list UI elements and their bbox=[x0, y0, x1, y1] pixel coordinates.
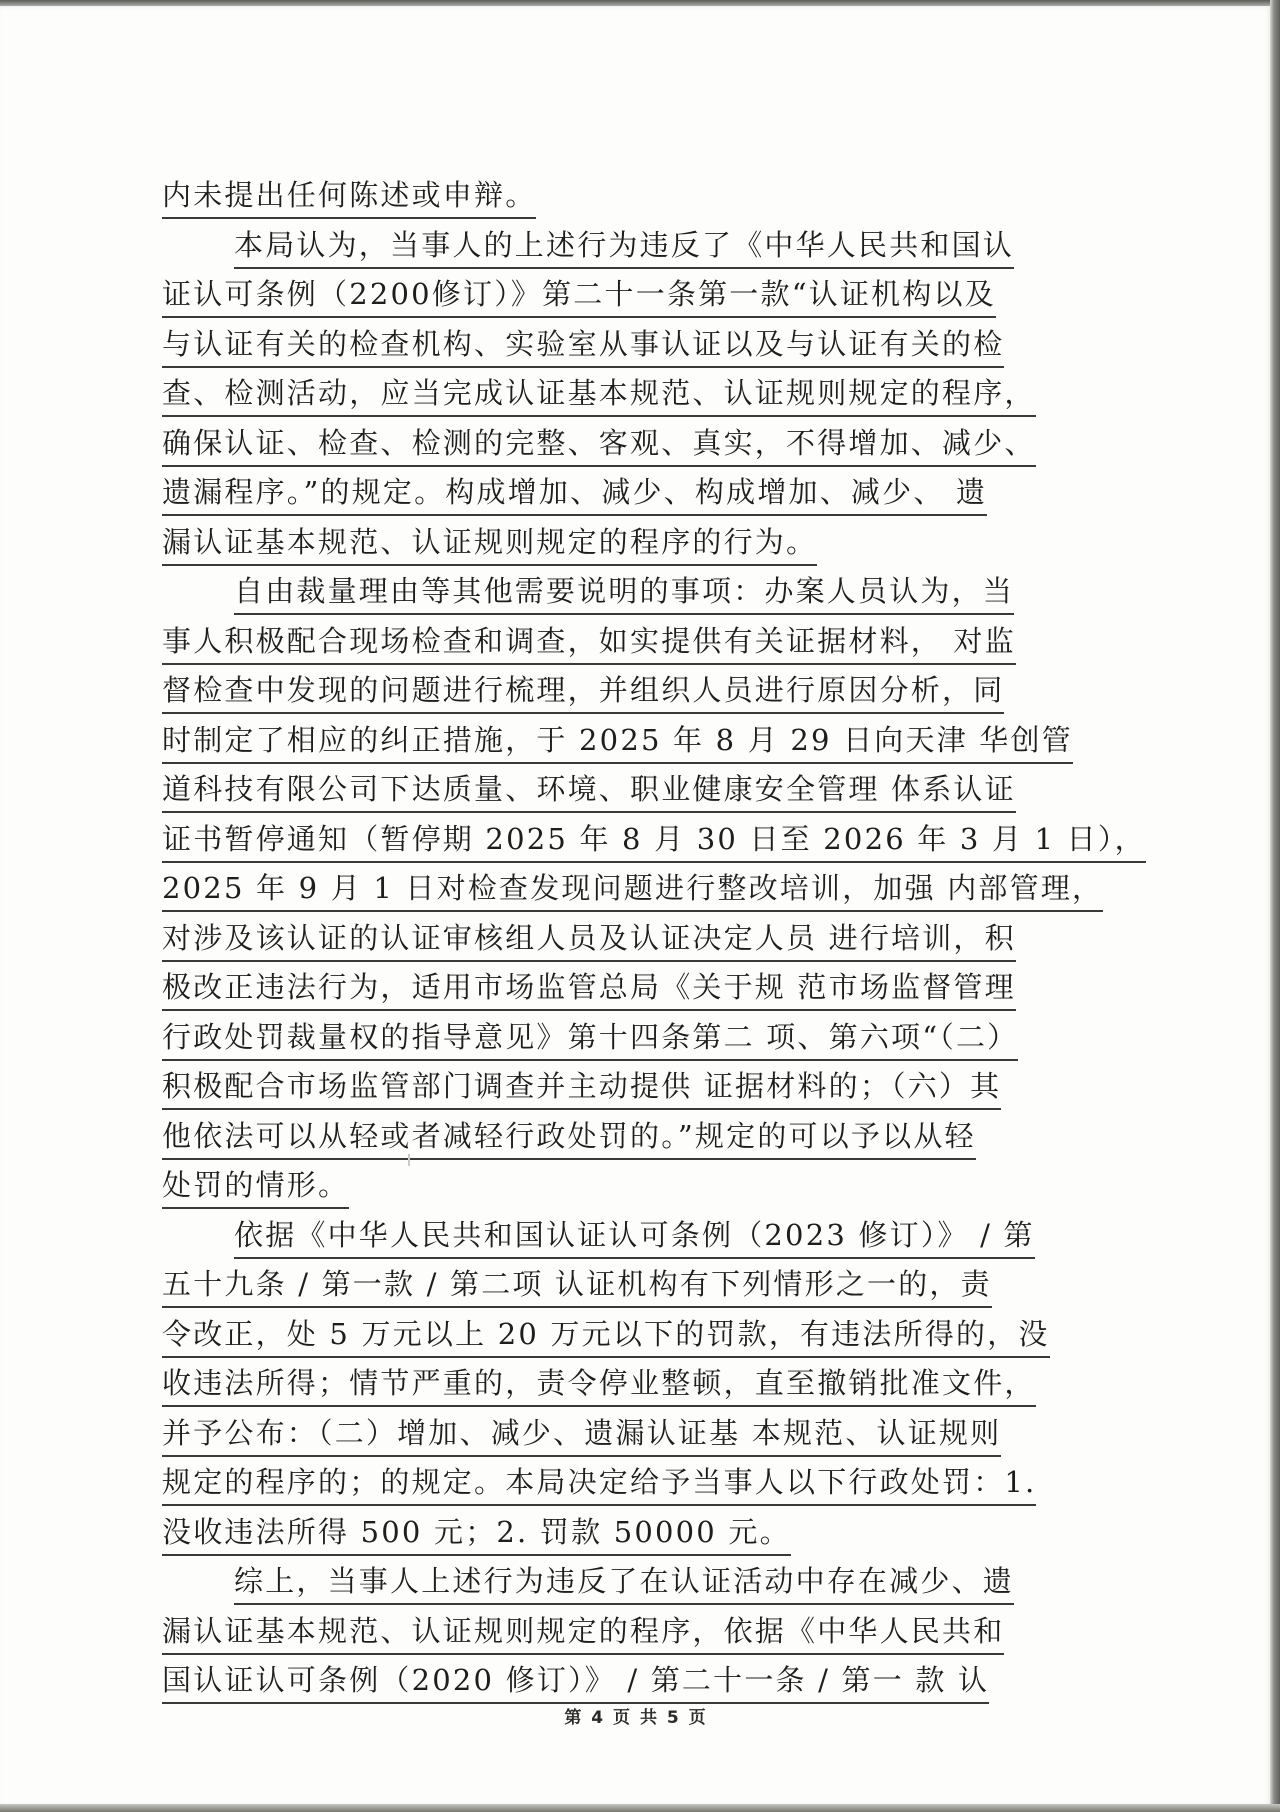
text-line: 漏认证基本规范、认证规则规定的程序的行为。 bbox=[162, 521, 1130, 571]
text-line: 他依法可以从轻或者减轻行政处罚的。”规定的可以予以从轻 bbox=[162, 1115, 1130, 1165]
text-line: 与认证有关的检查机构、实验室从事认证以及与认证有关的检 bbox=[162, 323, 1130, 373]
text-line: 收违法所得；情节严重的，责令停业整顿，直至撤销批准文件， bbox=[162, 1362, 1130, 1412]
text-line: 证认可条例（2200修订）》第二十一条第一款“认证机构以及 bbox=[162, 273, 1130, 323]
text-line: 依据《中华人民共和国认证认可条例（2023 修订）》 / 第 bbox=[162, 1214, 1130, 1264]
text-line: 督检查中发现的问题进行梳理，并组织人员进行原因分析，同 bbox=[162, 669, 1130, 719]
text-line: 证书暂停通知（暂停期 2025 年 8 月 30 日至 2026 年 3 月 1… bbox=[162, 818, 1130, 868]
text-line: 道科技有限公司下达质量、环境、职业健康安全管理 体系认证 bbox=[162, 768, 1130, 818]
text-line: 确保认证、检查、检测的完整、客观、真实，不得增加、减少、 bbox=[162, 422, 1130, 472]
text-line: 本局认为，当事人的上述行为违反了《中华人民共和国认 bbox=[162, 224, 1130, 274]
text-line: 五十九条 / 第一款 / 第二项 认证机构有下列情形之一的，责 bbox=[162, 1263, 1130, 1313]
text-line: 综上，当事人上述行为违反了在认证活动中存在减少、遗 bbox=[162, 1560, 1130, 1610]
document-body: 内未提出任何陈述或申辩。 本局认为，当事人的上述行为违反了《中华人民共和国认 证… bbox=[162, 174, 1130, 1709]
document-page: 内未提出任何陈述或申辩。 本局认为，当事人的上述行为违反了《中华人民共和国认 证… bbox=[0, 6, 1272, 1806]
text-line: 处罚的情形。 bbox=[162, 1164, 1130, 1214]
page-right-edge bbox=[1270, 0, 1280, 1812]
text-line: 漏认证基本规范、认证规则规定的程序，依据《中华人民共和 bbox=[162, 1610, 1130, 1660]
paper-speck bbox=[408, 1154, 410, 1166]
text-line: 规定的程序的；的规定。本局决定给予当事人以下行政处罚：1. bbox=[162, 1461, 1130, 1511]
text-line: 2025 年 9 月 1 日对检查发现问题进行整改培训，加强 内部管理， bbox=[162, 867, 1130, 917]
text-line: 事人积极配合现场检查和调查，如实提供有关证据材料， 对监 bbox=[162, 620, 1130, 670]
text-line: 对涉及该认证的认证审核组人员及认证决定人员 进行培训，积 bbox=[162, 917, 1130, 967]
text-line: 遗漏程序。”的规定。构成增加、减少、构成增加、减少、 遗 bbox=[162, 471, 1130, 521]
page-number-footer: 第 4 页 共 5 页 bbox=[0, 1703, 1272, 1728]
text-line: 行政处罚裁量权的指导意见》第十四条第二 项、第六项“（二） bbox=[162, 1016, 1130, 1066]
text-line: 国认证认可条例（2020 修订）》 / 第二十一条 / 第一 款 认 bbox=[162, 1659, 1130, 1709]
page-bottom-edge bbox=[0, 1804, 1280, 1812]
text-line: 没收违法所得 500 元；2. 罚款 50000 元。 bbox=[162, 1511, 1130, 1561]
text-line: 令改正，处 5 万元以上 20 万元以下的罚款，有违法所得的，没 bbox=[162, 1313, 1130, 1363]
text-line: 极改正违法行为，适用市场监管总局《关于规 范市场监督管理 bbox=[162, 966, 1130, 1016]
text-line: 内未提出任何陈述或申辩。 bbox=[162, 174, 1130, 224]
text-line: 并予公布：（二）增加、减少、遗漏认证基 本规范、认证规则 bbox=[162, 1412, 1130, 1462]
text-line: 积极配合市场监管部门调查并主动提供 证据材料的；（六）其 bbox=[162, 1065, 1130, 1115]
text-line: 查、检测活动，应当完成认证基本规范、认证规则规定的程序， bbox=[162, 372, 1130, 422]
text-line: 时制定了相应的纠正措施，于 2025 年 8 月 29 日向天津 华创管 bbox=[162, 719, 1130, 769]
text-line: 自由裁量理由等其他需要说明的事项：办案人员认为，当 bbox=[162, 570, 1130, 620]
